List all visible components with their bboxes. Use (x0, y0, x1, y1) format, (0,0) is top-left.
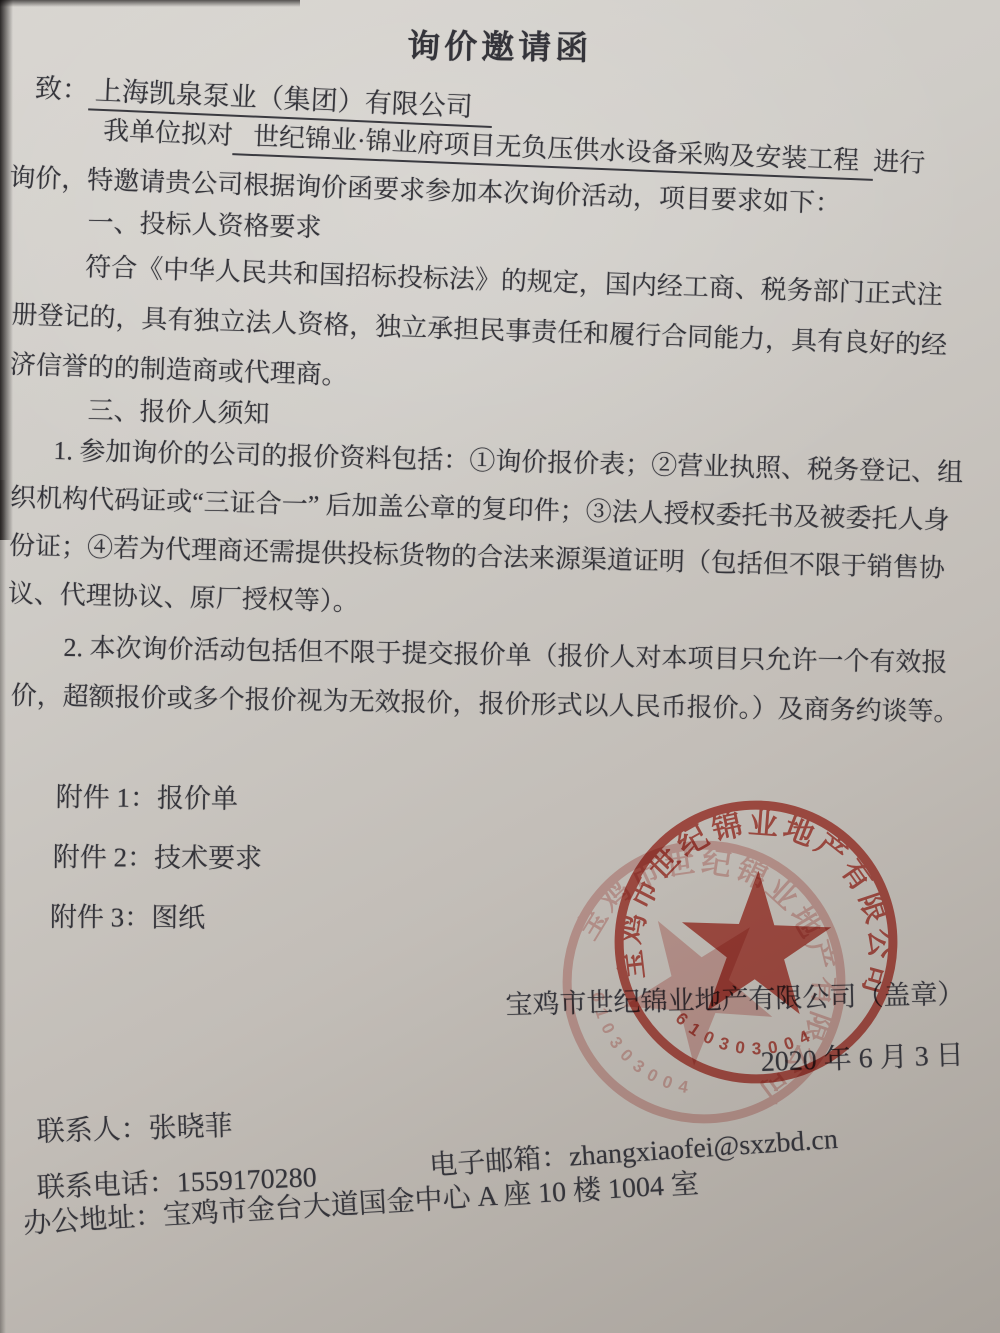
photographed-document-page: 询价邀请函 致：上海凯泉泵业（集团）有限公司 我单位拟对世纪锦业·锦业府项目无负… (0, 0, 1000, 1333)
seal-serial-number: 610303004 (671, 1008, 817, 1060)
photo-shadow-left-lower (0, 480, 6, 1333)
company-seal-stamp: 宝鸡市世纪锦业地产有限公司 610303004 宝鸡市世纪锦业地产有限公司 61… (600, 786, 912, 1098)
contact-email-value: zhangxiaofei@sxzbd.cn (568, 1124, 839, 1173)
recipient-label: 致： (34, 73, 89, 105)
contact-person-label: 联系人： (36, 1113, 149, 1148)
attachment-item-1: 附件 1：报价单 (56, 775, 239, 816)
photo-shadow-top (0, 0, 300, 7)
contact-person-line: 联系人：张晓菲 (36, 1104, 233, 1150)
attachment-item-2: 附件 2：技术要求 (53, 835, 263, 875)
section-heading-quoter-notice: 三、报价人须知 (87, 390, 270, 430)
company-seal-main-impression: 宝鸡市世纪锦业地产有限公司 610303004 (595, 781, 918, 1104)
document-title: 询价邀请函 (0, 16, 1000, 73)
contact-person-value: 张晓菲 (148, 1111, 233, 1145)
notice-item-2: 2. 本次询价活动包括但不限于提交报价单（报价人对本项目只允许一个有效报价，超额… (10, 622, 964, 737)
notice-item-1: 1. 参加询价的公司的报价资料包括：①询价报价表；②营业执照、税务登记、组织机构… (7, 426, 963, 641)
intro-suffix: 进行 (873, 147, 926, 178)
office-address-label: 办公地址： (22, 1201, 164, 1240)
attachment-item-3: 附件 3：图纸 (50, 895, 205, 935)
star-icon (679, 868, 833, 1015)
intro-prefix: 我单位拟对 (103, 116, 234, 150)
svg-text:610303004: 610303004 (671, 1008, 817, 1060)
section-heading-bidder-qualification: 一、投标人资格要求 (87, 202, 322, 244)
